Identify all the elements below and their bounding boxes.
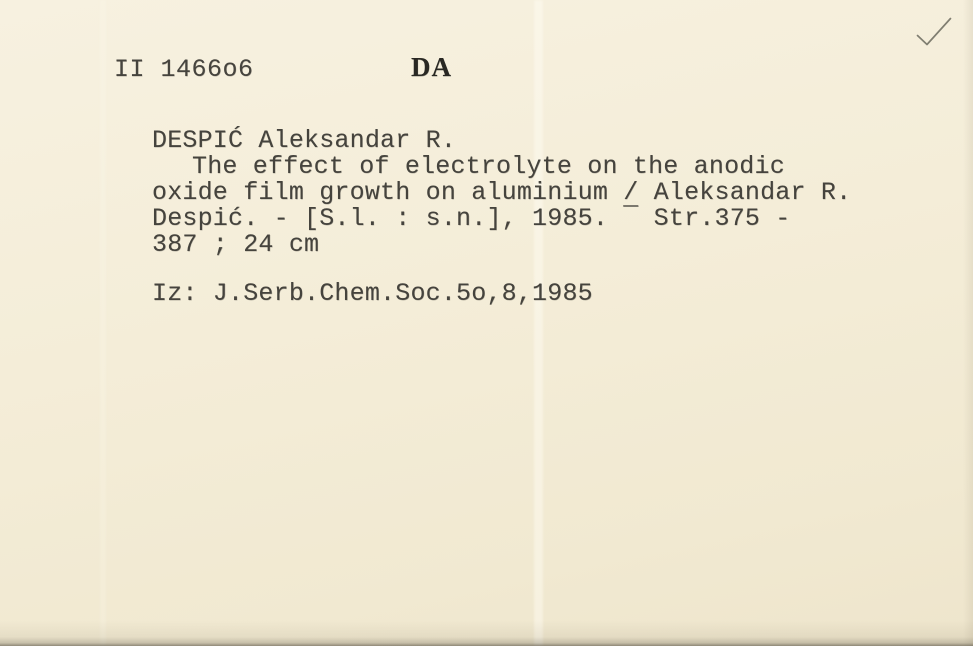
title-line-2: oxide film growth on aluminium / Aleksan… (152, 180, 851, 206)
pencil-checkmark-icon (905, 8, 965, 60)
source-citation-line: Iz: J.Serb.Chem.Soc.5o,8,1985 (152, 281, 593, 307)
right-edge-shadow (963, 0, 973, 646)
imprint-line: Despić. - [S.l. : s.n.], 1985. ¯ Str.375… (152, 206, 791, 232)
author-heading-line: DESPIĆ Aleksandar R. (152, 128, 456, 154)
scan-artifact-band (100, 0, 106, 646)
da-stamp: DA (411, 52, 452, 83)
collation-line: 387 ; 24 cm (152, 232, 319, 258)
title-line-1: The effect of electrolyte on the anodic (192, 154, 785, 180)
call-number: II 1466o6 (114, 57, 254, 83)
catalog-card: II 1466o6 DA DESPIĆ Aleksandar R. The ef… (0, 0, 973, 646)
bottom-edge-shadow (0, 620, 973, 646)
scan-artifact-band (534, 0, 543, 646)
